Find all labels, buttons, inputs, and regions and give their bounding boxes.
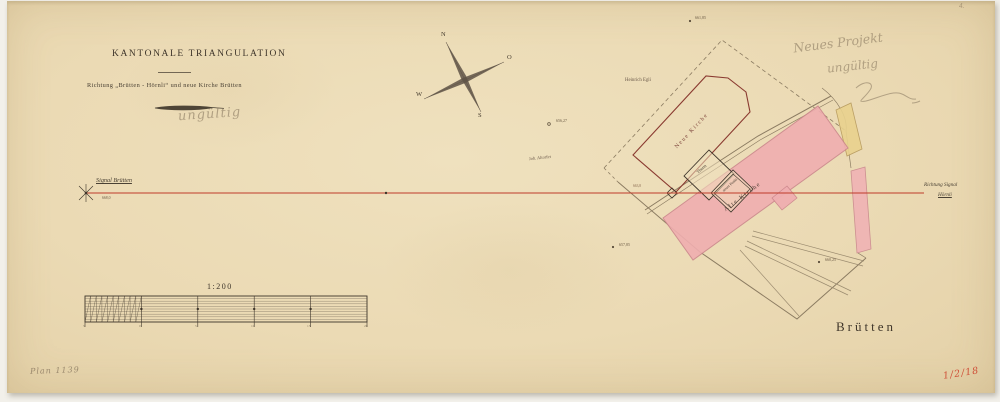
signal-elevation: 668,0 [102, 196, 111, 200]
signal-bruetten-label: Signal Brütten [96, 178, 132, 185]
signature-scribble [856, 83, 920, 103]
owner-label-egli: Heinrich Egli [625, 78, 651, 83]
village-label: Brütten [836, 320, 896, 334]
scale-ratio-label: 1:200 [207, 283, 233, 292]
scale-tick-label: 0 [139, 325, 141, 329]
footpath-lines [740, 231, 864, 316]
plan-number: Plan 1139 [30, 366, 80, 377]
scale-tick-label: 20 [364, 325, 368, 329]
page-corner-mark: 4. [959, 3, 964, 11]
elevation-value: 656,27 [556, 119, 567, 123]
compass-north-label: N [441, 31, 446, 38]
scale-tick-label: 10 [251, 325, 255, 329]
elevation-value: 657,85 [619, 243, 630, 247]
line-mid-value: 663,8 [633, 185, 641, 189]
plan-title: KANTONALE TRIANGULATION [112, 49, 286, 59]
scale-bar [85, 296, 367, 327]
hoernli-label: Hörnli [938, 193, 952, 199]
richtung-signal-label: Richtung Signal [924, 183, 957, 189]
compass-rose-icon [424, 42, 504, 112]
intermediate-point-icon [385, 192, 387, 194]
compass-west-label: W [416, 91, 422, 98]
compass-south-label: S [478, 112, 482, 119]
elevation-value: 661,85 [695, 16, 706, 20]
plan-subtitle: Richtung „Brütten - Hörnli“ und neue Kir… [87, 83, 242, 90]
elevation-value: 660,25 [825, 258, 836, 262]
sight-line [79, 184, 924, 202]
wall-pink [851, 167, 871, 253]
compass-east-label: O [507, 54, 512, 61]
scanned-plan-page: 4. KANTONALE TRIANGULATION Richtung „Brü… [0, 0, 1000, 402]
scale-tick-label: 15 [307, 325, 311, 329]
scale-tick-label: 5 [195, 325, 197, 329]
scale-tick-label: 5 [83, 325, 85, 329]
